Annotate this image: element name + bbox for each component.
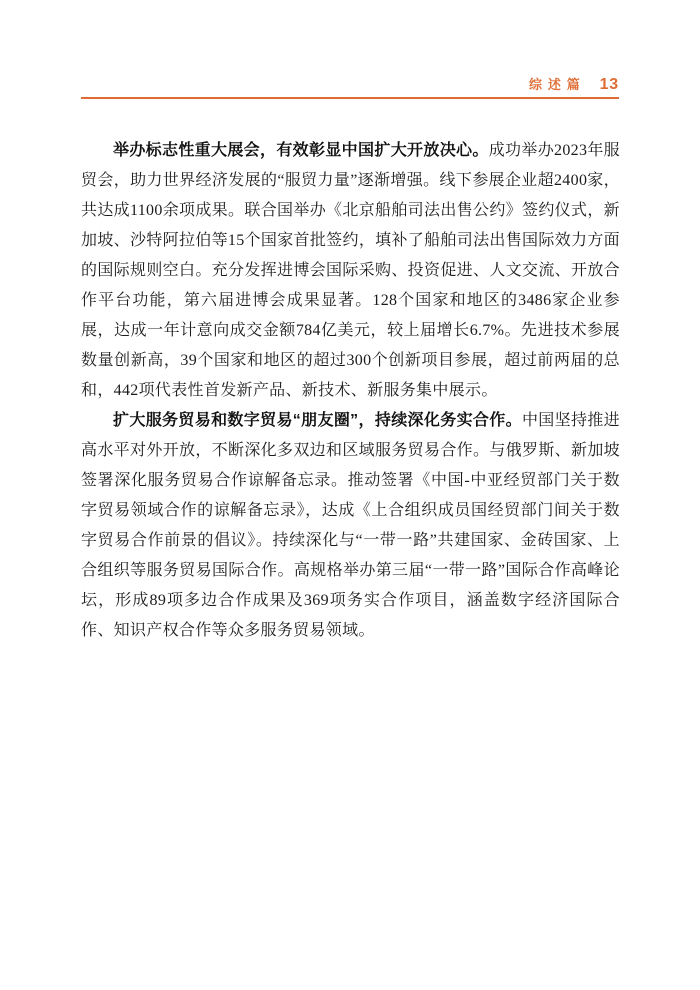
page-number: 13 [600,76,619,94]
page-content: 举办标志性重大展会，有效彰显中国扩大开放决心。成功举办2023年服贸会，助力世界… [81,136,620,646]
section-title: 综述篇 [529,74,586,93]
paragraph-1: 举办标志性重大展会，有效彰显中国扩大开放决心。成功举办2023年服贸会，助力世界… [81,136,620,406]
paragraph-2-lead: 扩大服务贸易和数字贸易“朋友圈”，持续深化务实合作。 [113,412,522,429]
paragraph-1-lead: 举办标志性重大展会，有效彰显中国扩大开放决心。 [113,142,489,159]
page-header: 综述篇 13 [81,74,619,94]
paragraph-2: 扩大服务贸易和数字贸易“朋友圈”，持续深化务实合作。中国坚持推进高水平对外开放，… [81,406,620,646]
paragraph-2-body: 中国坚持推进高水平对外开放，不断深化多双边和区域服务贸易合作。与俄罗斯、新加坡签… [81,412,620,639]
header-divider-rule [81,97,619,99]
paragraph-1-body: 成功举办2023年服贸会，助力世界经济发展的“服贸力量”逐渐增强。线下参展企业超… [81,142,620,399]
document-page: 综述篇 13 举办标志性重大展会，有效彰显中国扩大开放决心。成功举办2023年服… [0,0,700,990]
